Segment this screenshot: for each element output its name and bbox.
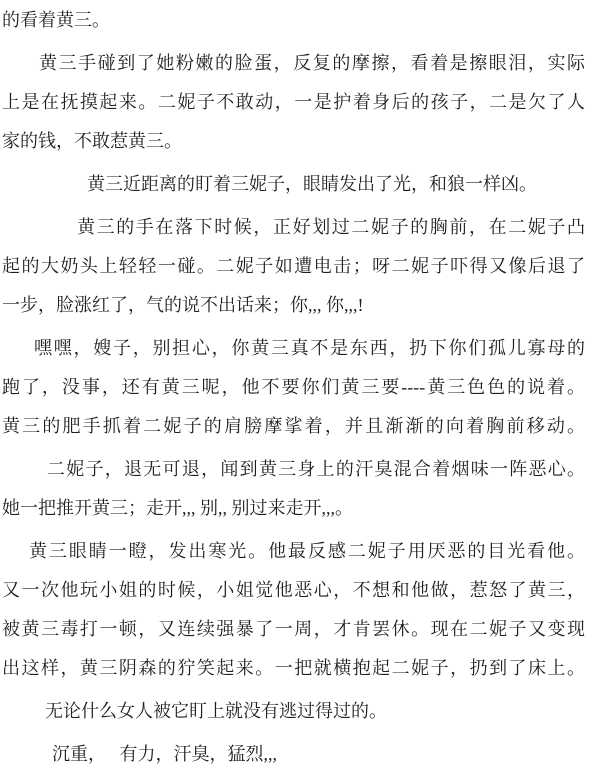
text-line: 嘿嘿，嫂子，别担心，你黄三真不是东西，扔下你们孤儿寡母的 [2,329,585,368]
text-line: 无论什么女人被它盯上就没有逃过得过的。 [2,692,585,731]
text-line: 跑了，没事，还有黄三呢，他不要你们黄三要----黄三色色的说着。 [2,368,585,407]
document-page: 的看着黄三。黄三手碰到了她粉嫩的脸蛋，反复的摩擦，看着是擦眼泪，实际上是在抚摸起… [0,0,592,775]
text-line: 她一把推开黄三；走开,,, 别,, 别过来走开,,,。 [2,489,585,528]
text-line: 起的大奶头上轻轻一碰。二妮子如遭电击；呀二妮子吓得又像后退了 [2,247,585,286]
text-line: 上是在抚摸起来。二妮子不敢动，一是护着身后的孩子，二是欠了人 [2,83,585,122]
text-line: 二妮子，退无可退，闻到黄三身上的汗臭混合着烟味一阵恶心。 [2,450,585,489]
text-line: 被黄三毒打一顿，又连续强暴了一周，才肯罢休。现在二妮子又变现 [2,610,585,649]
text-line: 黄三的肥手抓着二妮子的肩膀摩挲着，并且渐渐的向着胸前移动。 [2,407,585,446]
text-line: 出这样，黄三阴森的狞笑起来。一把就横抱起二妮子，扔到了床上。 [2,649,585,688]
text-line: 黄三近距离的盯着三妮子，眼睛发出了光，和狼一样凶。 [2,165,585,204]
text-line: 黄三手碰到了她粉嫩的脸蛋，反复的摩擦，看着是擦眼泪，实际 [2,44,585,83]
text-line: 一步，脸涨红了，气的说不出话来；你,,, 你,,,! [2,286,585,325]
text-line: 的看着黄三。 [2,1,585,40]
text-line: 黄三的手在落下时候，正好划过二妮子的胸前，在二妮子凸 [2,208,585,247]
text-line: 家的钱，不敢惹黄三。 [2,122,585,161]
text-line: 又一次他玩小姐的时候，小姐觉他恶心，不想和他做，惹怒了黄三， [2,571,585,610]
text-line: 黄三眼睛一瞪，发出寒光。他最反感二妮子用厌恶的目光看他。 [2,532,585,571]
text-line: 沉重， 有力，汗臭，猛烈,,, [2,735,585,774]
